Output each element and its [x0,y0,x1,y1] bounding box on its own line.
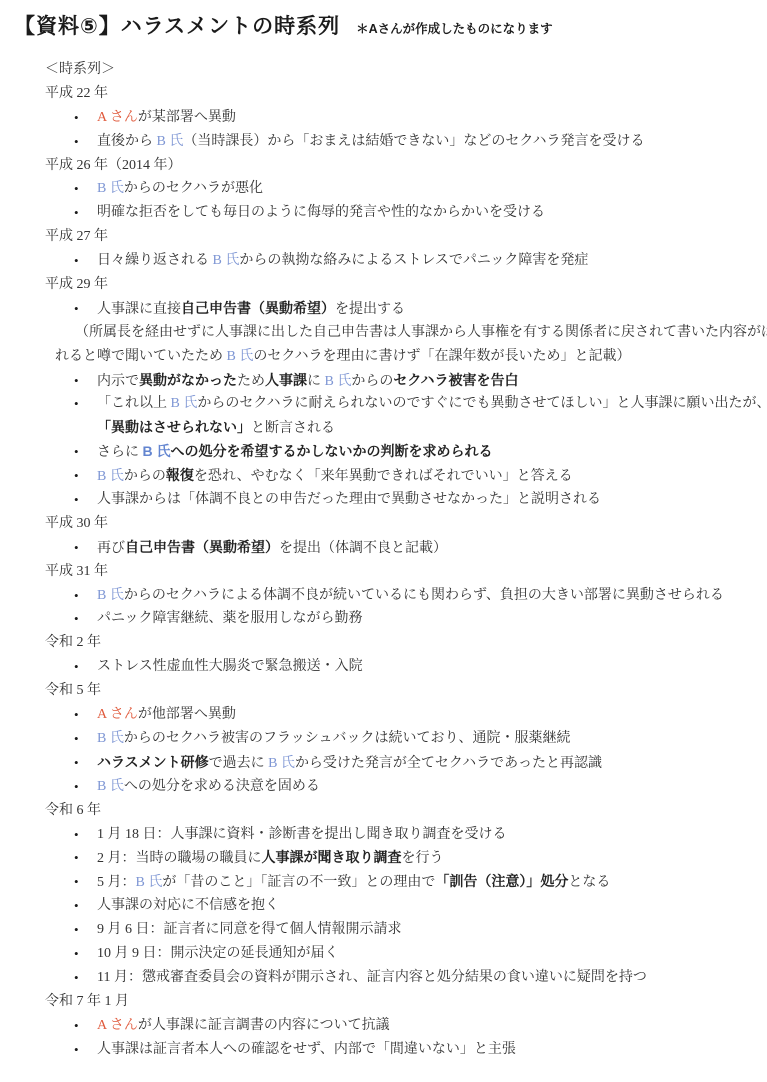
person-b-name: B 氏 [171,396,198,411]
text-run: への処分を希望するかしないかの判断を求められる [171,443,493,459]
timeline-item: •B 氏からのセクハラ被害のフラッシュバックは続いており、通院・服薬継続 [45,727,757,751]
timeline-item: •「これ以上 B 氏からのセクハラに耐えられないのですぐにでも異動させてほしい」… [45,392,757,416]
timeline-item: •A さんが他部署へ異動 [45,703,757,727]
bullet-icon: • [74,106,79,130]
text-run: 直後から [97,134,157,149]
text-run: 内示で [97,374,139,389]
parenthetical-note-line: （所属長を経由せずに人事課に出した自己申告書は人事課から人事権を有する関係者に戻… [45,321,757,345]
text-run: 報復 [166,467,194,483]
text-run: ため [237,374,265,389]
bullet-icon: • [74,607,79,631]
person-b-name: B 氏 [157,134,184,149]
text-run: （当時課長）から「おまえは結婚できない」などのセクハラ発言を受ける [183,134,644,149]
timeline-item: •2 月：当時の職場の職員に人事課が聞き取り調査を行う [45,846,757,870]
year-heading: 平成 27 年 [45,225,757,249]
text-run: が「昔のこと」「証言の不一致」との理由で [162,875,435,890]
bullet-icon: • [74,464,79,488]
bullet-icon: • [74,966,79,990]
bullet-icon: • [74,846,79,870]
bullet-icon: • [74,177,79,201]
timeline-item: •11 月：懲戒審査委員会の資料が開示され、証言内容と処分結果の食い違いに疑問を… [45,966,757,990]
text-run: 人事課 [265,372,307,388]
timeline: 平成 22 年•A さんが某部署へ異動•直後から B 氏（当時課長）から「おまえ… [45,82,757,1062]
text-run: を行う [402,851,444,866]
parenthetical-note-line: れると噂で聞いていたため B 氏のセクハラを理由に書けず「在課年数が長いため」と… [45,345,757,369]
bullet-icon: • [74,369,79,393]
text-run: 人事課に直接 [97,302,181,317]
timeline-item: •5 月：B 氏が「昔のこと」「証言の不一致」との理由で「訓告（注意）」処分とな… [45,870,757,894]
person-b-name: B 氏 [97,779,124,794]
text-run: のセクハラを理由に書けず「在課年数が長いため」と記載） [253,349,630,364]
bullet-icon: • [74,536,79,560]
person-a-name: A さん [97,707,138,722]
text-run: さらに [97,445,143,460]
year-heading: 令和 2 年 [45,631,757,655]
text-run: 人事課の対応に不信感を抱く [97,898,279,913]
timeline-item: •A さんが人事課に証言調書の内容について抗議 [45,1014,757,1038]
timeline-item: •日々繰り返される B 氏からの執拗な絡みによるストレスでパニック障害を発症 [45,249,757,273]
text-run: パニック障害継続、薬を服用しながら勤務 [97,611,362,626]
timeline-item: •10 月 9 日：開示決定の延長通知が届く [45,942,757,966]
timeline-item: •さらに B 氏への処分を希望するかしないかの判断を求められる [45,440,757,464]
text-run: 9 月 6 日：証言者に同意を得て個人情報開示請求 [97,922,402,937]
text-run: 自己申告書（異動希望） [181,300,335,316]
bullet-icon: • [74,918,79,942]
person-b-name: B 氏 [136,875,163,890]
timeline-item: •B 氏からの報復を恐れ、やむなく「来年異動できればそれでいい」と答える [45,464,757,488]
text-run: が某部署へ異動 [138,110,236,125]
timeline-item: •パニック障害継続、薬を服用しながら勤務 [45,607,757,631]
timeline-item: •人事課の対応に不信感を抱く [45,894,757,918]
bullet-icon: • [74,870,79,894]
timeline-item: •1 月 18 日：人事課に資料・診断書を提出し聞き取り調査を受ける [45,823,757,847]
text-run: 日々繰り返される [97,253,213,268]
year-heading: 平成 31 年 [45,560,757,584]
timeline-item: •9 月 6 日：証言者に同意を得て個人情報開示請求 [45,918,757,942]
text-run: となる [568,875,610,890]
bullet-icon: • [74,942,79,966]
text-run: 11 月：懲戒審査委員会の資料が開示され、証言内容と処分結果の食い違いに疑問を持… [97,970,647,985]
text-run: からのセクハラに耐えられないのですぐにでも異動させてほしい」と人事課に願い出たが… [197,396,767,411]
person-b-name: B 氏 [268,756,295,771]
timeline-item: •再び自己申告書（異動希望）を提出（体調不良と記載） [45,536,757,560]
timeline-item: •直後から B 氏（当時課長）から「おまえは結婚できない」などのセクハラ発言を受… [45,130,757,154]
timeline-item: •A さんが某部署へ異動 [45,106,757,130]
timeline-item: •内示で異動がなかったため人事課に B 氏からのセクハラ被害を告白 [45,369,757,393]
person-a-name: A さん [97,110,138,125]
text-run: からの [351,374,393,389]
bullet-icon: • [74,703,79,727]
text-run: を恐れ、やむなく「来年異動できればそれでいい」と答える [194,469,573,484]
person-a-name: A さん [97,1018,138,1033]
person-b-name: B 氏 [97,731,124,746]
year-heading: 令和 7 年 1 月 [45,990,757,1014]
bullet-icon: • [74,751,79,775]
timeline-item: •B 氏からのセクハラによる体調不良が続いているにも関わらず、負担の大きい部署に… [45,584,757,608]
bullet-icon: • [74,201,79,225]
timeline-item: •ハラスメント研修で過去に B 氏から受けた発言が全てセクハラであったと再認識 [45,751,757,775]
text-run: から受けた発言が全てセクハラであったと再認識 [295,756,602,771]
person-b-name: B 氏 [227,349,254,364]
bullet-icon: • [74,584,79,608]
text-run: への処分を求める決意を固める [124,779,320,794]
year-heading: 平成 29 年 [45,273,757,297]
year-heading: 平成 30 年 [45,512,757,536]
year-heading: 令和 6 年 [45,799,757,823]
person-b-name: B 氏 [97,181,124,196]
person-b-name: B 氏 [97,469,124,484]
bullet-icon: • [74,392,79,416]
text-run: が他部署へ異動 [138,707,236,722]
timeline-item: •人事課は証言者本人への確認をせず、内部で「間違いない」と主張 [45,1038,757,1062]
text-run: （所属長を経由せずに人事課に出した自己申告書は人事課から人事権を有する関係者に戻… [75,325,767,340]
text-run: 10 月 9 日：開示決定の延長通知が届く [97,946,339,961]
text-run: 明確な拒否をしても毎日のように侮辱的発言や性的なからかいを受ける [97,205,545,220]
person-b-name: B 氏 [213,253,240,268]
text-run: セクハラ被害を告白 [393,372,518,388]
bullet-icon: • [74,130,79,154]
text-run: からのセクハラが悪化 [124,181,263,196]
text-run: ストレス性虚血性大腸炎で緊急搬送・入院 [97,659,363,674]
text-run: 自己申告書（異動希望） [125,539,279,555]
year-heading: 令和 5 年 [45,679,757,703]
timeline-item: •人事課に直接自己申告書（異動希望）を提出する [45,297,757,321]
timeline-item-continuation: 「異動はさせられない」と断言される [45,416,757,440]
bullet-icon: • [74,727,79,751]
text-run: を提出（体調不良と記載） [279,541,447,556]
bullet-icon: • [74,775,79,799]
text-run: からの執拗な絡みによるストレスでパニック障害を発症 [239,253,588,268]
text-run: 「異動はさせられない」 [97,419,251,435]
text-run: 異動がなかった [139,372,237,388]
title-note: ＊Aさんが作成したものになります [356,19,553,40]
timeline-subtitle: ＜時系列＞ [45,58,757,82]
bullet-icon: • [74,440,79,464]
text-run: 1 月 18 日：人事課に資料・診断書を提出し聞き取り調査を受ける [97,827,507,842]
bullet-icon: • [74,655,79,679]
text-run: と断言される [251,421,335,436]
bullet-icon: • [74,894,79,918]
text-run: 人事課は証言者本人への確認をせず、内部で「間違いない」と主張 [97,1042,516,1057]
document-body: ＜時系列＞ 平成 22 年•A さんが某部署へ異動•直後から B 氏（当時課長）… [45,58,757,1061]
timeline-item: •B 氏からのセクハラが悪化 [45,177,757,201]
text-run: 「訓告（注意）」処分 [435,873,568,889]
text-run: からのセクハラによる体調不良が続いているにも関わらず、負担の大きい部署に異動させ… [124,588,724,603]
bullet-icon: • [74,1038,79,1062]
text-run: 再び [97,541,125,556]
text-run: 人事課が聞き取り調査 [262,849,402,865]
text-run: 「これ以上 [97,396,171,411]
text-run: れると噂で聞いていたため [55,349,227,364]
text-run: に [307,374,325,389]
page-title: 【資料⑤】ハラスメントの時系列 [14,14,340,40]
text-run: を提出する [335,302,405,317]
text-run: からのセクハラ被害のフラッシュバックは続いており、通院・服薬継続 [124,731,571,746]
person-b-name: B 氏 [97,588,124,603]
person-b-name: B 氏 [325,374,352,389]
document-header: 【資料⑤】ハラスメントの時系列 ＊Aさんが作成したものになります [14,14,553,40]
year-heading: 平成 22 年 [45,82,757,106]
bullet-icon: • [74,823,79,847]
text-run: 2 月：当時の職場の職員に [97,851,262,866]
text-run: ハラスメント研修 [97,754,209,770]
text-run: 5 月： [97,875,136,890]
text-run: からの [124,469,166,484]
text-run: が人事課に証言調書の内容について抗議 [138,1018,390,1033]
timeline-item: •明確な拒否をしても毎日のように侮辱的発言や性的なからかいを受ける [45,201,757,225]
text-run: 人事課からは「体調不良との申告だった理由で異動させなかった」と説明される [97,492,601,507]
person-b-name: B 氏 [143,443,171,459]
timeline-item: •ストレス性虚血性大腸炎で緊急搬送・入院 [45,655,757,679]
bullet-icon: • [74,488,79,512]
bullet-icon: • [74,297,79,321]
timeline-item: •人事課からは「体調不良との申告だった理由で異動させなかった」と説明される [45,488,757,512]
text-run: で過去に [209,756,269,771]
document-page: 【資料⑤】ハラスメントの時系列 ＊Aさんが作成したものになります ＜時系列＞ 平… [0,0,767,1082]
year-heading: 平成 26 年（2014 年） [45,154,757,178]
timeline-item: •B 氏への処分を求める決意を固める [45,775,757,799]
bullet-icon: • [74,1014,79,1038]
bullet-icon: • [74,249,79,273]
